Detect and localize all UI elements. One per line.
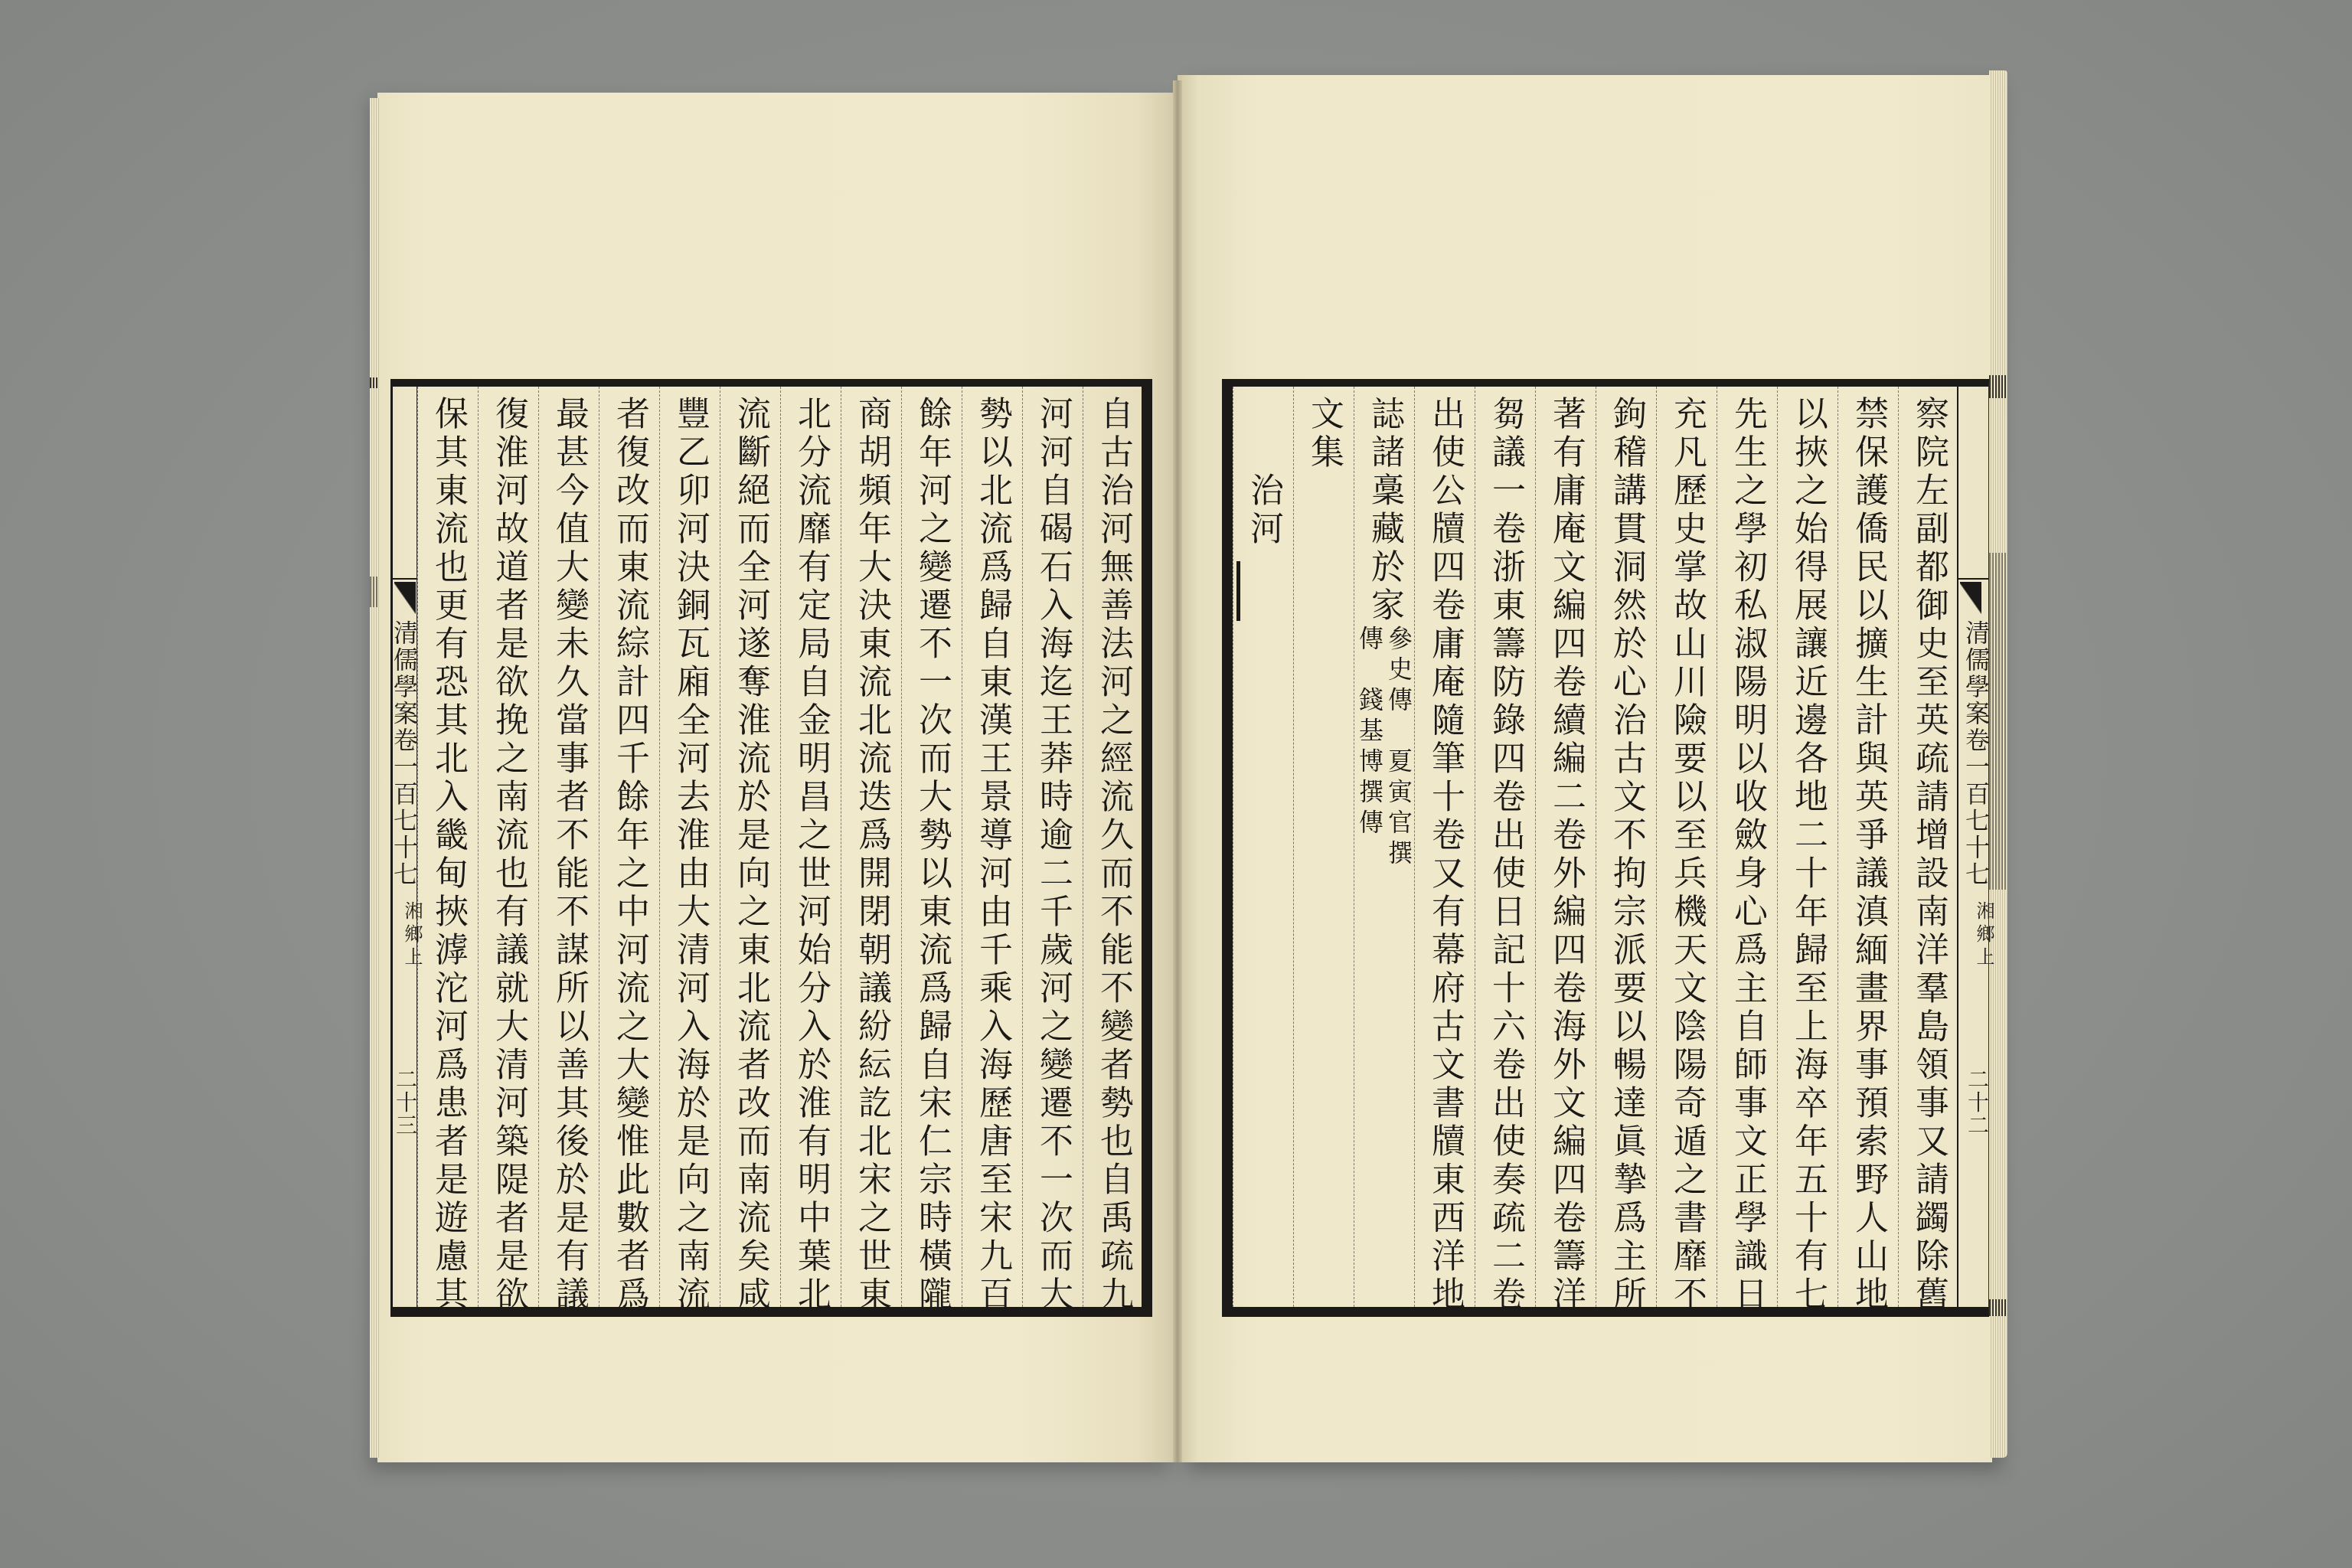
book-spine-gutter (1173, 80, 1182, 1462)
margin-page-number: 二十二 (1958, 1068, 1988, 1137)
right-page-text-frame: 察院左副都御史至英疏請增設南洋羣島領事又請蠲除舊 禁保護僑民以擴生計與英爭議滇緬… (1222, 379, 1958, 1317)
margin-page-number: 二十三 (393, 1068, 416, 1137)
column-text: 者復改而東流綜計四千餘年之中河流之大變惟此數者爲 (599, 387, 659, 1307)
column-text: 流斷絕而全河遂奪淮流於是向之東北流者改而南流矣咸 (720, 387, 780, 1307)
column-text: 自古治河無善法河之經流久而不能不變者勢也自禹疏九 (1083, 387, 1143, 1307)
left-page-fold-margin: 清儒學案卷一百七十七 湘鄉上 二十三 (393, 387, 417, 1307)
text-column: 餘年河之變遷不一次而大勢以東流爲歸自宋仁宗時橫隴 (901, 387, 962, 1307)
text-column: 復淮河故道者是欲挽之南流也有議就大清河築隄者是欲 (478, 387, 538, 1307)
text-column: 北分流靡有定局自金明昌之世河始分入於淮有明中葉北 (780, 387, 841, 1307)
stack-ink-mark (370, 577, 379, 607)
fish-tail-rule (1958, 578, 1988, 580)
stack-ink-mark (1989, 1299, 2006, 1316)
section-heading: 文集 (1294, 387, 1354, 1307)
text-column: 著有庸庵文編四卷續編二卷外編四卷海外文編四卷籌洋 (1535, 387, 1596, 1307)
right-page-edge-stack (1989, 70, 2007, 1458)
text-column: 豐乙卯河決銅瓦廂全河去淮由大清河入海於是向之南流 (659, 387, 720, 1307)
column-text: 勢以北流爲歸自東漢王景導河由千乘入海歷唐至宋九百 (962, 387, 1022, 1307)
column-text: 出使公牘四卷庸庵隨筆十卷又有幕府古文書牘東西洋地 (1415, 387, 1475, 1307)
text-column: 鉤稽講貫洞然於心治古文不拘宗派要以暢達眞摯爲主所 (1596, 387, 1656, 1307)
sources-column: 誌諸稾藏於家 參史傳 夏寅官撰 傳 錢基博撰傳 (1354, 387, 1414, 1307)
annotation-right-line: 參史傳 夏寅官撰 (1385, 626, 1413, 947)
text-column: 自古治河無善法河之經流久而不能不變者勢也自禹疏九 (1083, 387, 1143, 1307)
margin-section: 湘鄉上 (1963, 901, 1993, 970)
text-column: 勢以北流爲歸自東漢王景導河由千乘入海歷唐至宋九百 (962, 387, 1022, 1307)
right-page-columns: 察院左副都御史至英疏請增設南洋羣島領事又請蠲除舊 禁保護僑民以擴生計與英爭議滇緬… (1233, 387, 1958, 1307)
fish-tail-icon (394, 582, 416, 614)
article-title: 治河 (1233, 387, 1293, 1307)
text-column: 河河自碣石入海迄王莽時逾二千歲河之變遷不一次而大 (1022, 387, 1083, 1307)
left-page-text-frame: 清儒學案卷一百七十七 湘鄉上 二十三 自古治河無善法河之經流久而不能不變者勢也自… (390, 379, 1152, 1317)
column-text: 著有庸庵文編四卷續編二卷外編四卷海外文編四卷籌洋 (1536, 387, 1596, 1307)
column-text: 誌諸稾藏於家 (1354, 387, 1414, 626)
column-text: 鉤稽講貫洞然於心治古文不拘宗派要以暢達眞摯爲主所 (1596, 387, 1656, 1307)
column-text: 以挾之始得展讓近邊各地二十年歸至上海卒年五十有七 (1778, 387, 1837, 1307)
margin-title: 清儒學案 (390, 620, 419, 727)
column-text: 餘年河之變遷不一次而大勢以東流爲歸自宋仁宗時橫隴 (902, 387, 962, 1307)
text-column: 保其東流也更有恐其北入畿甸挾滹沱河爲患者是遊慮其 (417, 387, 478, 1307)
text-column: 商胡頻年大決東流北流迭爲開閉朝議紛紜訖北宋之世東 (841, 387, 901, 1307)
annotation-left-line: 傳 錢基博撰傳 (1356, 626, 1383, 947)
margin-volume: 卷一百七十七 (390, 727, 419, 888)
column-text: 復淮河故道者是欲挽之南流也有議就大清河築隄者是欲 (479, 387, 538, 1307)
stack-ink-mark (1989, 375, 2006, 398)
column-text: 察院左副都御史至英疏請增設南洋羣島領事又請蠲除舊 (1899, 387, 1958, 1307)
column-text: 保其東流也更有恐其北入畿甸挾滹沱河爲患者是遊慮其 (418, 387, 478, 1307)
text-column: 先生之學初私淑陽明以收斂身心爲主自師事文正學識日 (1717, 387, 1777, 1307)
right-page-fold-margin: 清儒學案卷一百七十七 湘鄉上 二十二 (1958, 379, 1989, 1317)
stack-ink-mark (370, 377, 379, 388)
margin-volume: 卷一百七十七 (1962, 727, 1991, 888)
column-text: 禁保護僑民以擴生計與英爭議滇緬畫界事預索野人山地 (1838, 387, 1898, 1307)
text-column: 芻議一卷浙東籌防錄四卷出使日記十六卷出使奏疏二卷 (1475, 387, 1535, 1307)
margin-title: 清儒學案 (1962, 620, 1991, 727)
stack-ink-mark (1989, 553, 2006, 890)
left-page-edge-stack (370, 98, 379, 1458)
fish-tail-icon (1960, 582, 1981, 614)
text-column: 流斷絕而全河遂奪淮流於是向之東北流者改而南流矣咸 (720, 387, 780, 1307)
text-column: 充凡歷史掌故山川險要以至兵機天文陰陽奇遁之書靡不 (1656, 387, 1717, 1307)
book-photo-scene: 清儒學案卷一百七十七 湘鄉上 二十三 自古治河無善法河之經流久而不能不變者勢也自… (0, 0, 2352, 1568)
margin-book-title: 清儒學案卷一百七十七 (393, 620, 416, 888)
column-text: 北分流靡有定局自金明昌之世河始分入於淮有明中葉北 (781, 387, 841, 1307)
text-column: 者復改而東流綜計四千餘年之中河流之大變惟此數者爲 (599, 387, 659, 1307)
column-text: 河河自碣石入海迄王莽時逾二千歲河之變遷不一次而大 (1023, 387, 1083, 1307)
title-end-bar (1236, 561, 1240, 621)
text-column: 察院左副都御史至英疏請增設南洋羣島領事又請蠲除舊 (1898, 387, 1958, 1307)
text-column: 最甚今值大變未久當事者不能不謀所以善其後於是有議 (538, 387, 599, 1307)
article-title-column: 治河 (1233, 387, 1293, 1307)
double-line-annotation: 參史傳 夏寅官撰 傳 錢基博撰傳 (1354, 626, 1414, 1307)
text-column: 出使公牘四卷庸庵隨筆十卷又有幕府古文書牘東西洋地 (1414, 387, 1475, 1307)
text-column: 以挾之始得展讓近邊各地二十年歸至上海卒年五十有七 (1777, 387, 1837, 1307)
column-text: 芻議一卷浙東籌防錄四卷出使日記十六卷出使奏疏二卷 (1475, 387, 1535, 1307)
text-column: 禁保護僑民以擴生計與英爭議滇緬畫界事預索野人山地 (1837, 387, 1898, 1307)
column-text: 最甚今值大變未久當事者不能不謀所以善其後於是有議 (539, 387, 599, 1307)
column-text: 商胡頻年大決東流北流迭爲開閉朝議紛紜訖北宋之世東 (841, 387, 901, 1307)
fish-tail-rule (393, 578, 416, 580)
column-text: 先生之學初私淑陽明以收斂身心爲主自師事文正學識日 (1717, 387, 1777, 1307)
margin-book-title: 清儒學案卷一百七十七 (1958, 620, 1988, 888)
column-text: 豐乙卯河決銅瓦廂全河去淮由大清河入海於是向之南流 (660, 387, 720, 1307)
column-text: 充凡歷史掌故山川險要以至兵機天文陰陽奇遁之書靡不 (1657, 387, 1717, 1307)
section-heading-column: 文集 (1293, 387, 1354, 1307)
left-page-columns: 自古治河無善法河之經流久而不能不變者勢也自禹疏九 河河自碣石入海迄王莽時逾二千歲… (417, 387, 1143, 1307)
